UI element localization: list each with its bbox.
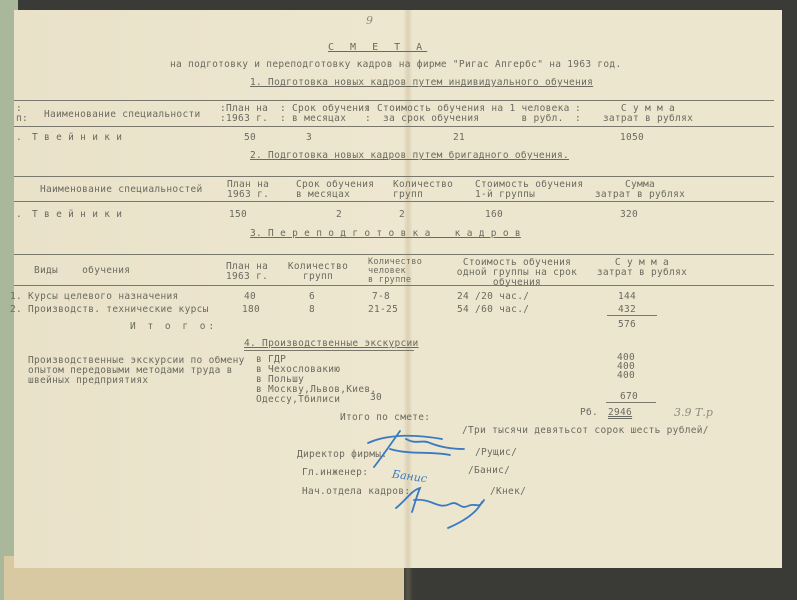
section2-header-term: Срок обучения в месяцах: [296, 180, 374, 200]
sum-poland: 400: [617, 371, 635, 381]
sheet-left-half: [14, 10, 414, 568]
section3-header-plan: План на 1963 г.: [226, 262, 268, 282]
row-sum: 1050: [620, 133, 644, 143]
row-cost: 21: [453, 133, 465, 143]
section3-heading: 3. П е р е п о д г о т о в к а к а д р о…: [250, 229, 521, 239]
section3-header-people: Количество человек в группе: [368, 258, 422, 285]
section3-header-sum: С у м м а затрат в рублях: [592, 258, 692, 278]
section2-header-sum: Сумма затрат в рублях: [590, 180, 690, 200]
total-currency: Рб.: [580, 408, 598, 418]
divider: [14, 254, 774, 255]
total-value: 2946: [608, 408, 632, 418]
signature-name-hr: /Кнек/: [490, 487, 526, 497]
row-plan: 50: [244, 133, 256, 143]
row-groups: 8: [309, 305, 315, 315]
row-name: 2. Производств. технические курсы: [10, 305, 209, 315]
page-number-mark: 9: [366, 14, 373, 27]
section2-header-name: Наименование специальностей: [40, 185, 203, 195]
destination-people-count: 30: [370, 393, 382, 403]
row-term: 3: [306, 133, 312, 143]
signature-role-engineer: Гл.инженер:: [302, 468, 368, 478]
row-plan: 180: [242, 305, 260, 315]
document-title: С М Е Т А: [328, 43, 427, 53]
row-cost: 160: [485, 210, 503, 220]
section2-header-groups: Количество групп: [393, 180, 453, 200]
section2-header-cost: Стоимость обучения 1-й группы: [475, 180, 583, 200]
section1-header-sum: С у м м а затрат в рублях: [598, 104, 698, 124]
row-people: 7-8: [372, 292, 390, 302]
row-sum: 320: [620, 210, 638, 220]
row-name: Т в е й н и к и: [32, 133, 122, 143]
divider: [244, 350, 414, 351]
row-people: 21-25: [368, 305, 398, 315]
hr-signature: [392, 480, 492, 530]
section3-total-value: 576: [618, 320, 636, 330]
section4-heading: 4. Производственные экскурсии: [244, 339, 419, 349]
row-groups: 2: [399, 210, 405, 220]
signature-name-director: /Рущис/: [475, 448, 517, 458]
section1-header-term: : Срок обучения : в месяцах: [280, 104, 370, 124]
divider: [14, 285, 774, 286]
row-plan: 150: [229, 210, 247, 220]
sum-underline: [606, 402, 656, 403]
signature-name-engineer: /Банис/: [468, 466, 510, 476]
sum-ussr-cities: 670: [620, 392, 638, 402]
section4-description: Производственные экскурсии по обмену опы…: [28, 356, 245, 386]
row-name: Т в е й н и к и: [32, 210, 122, 220]
divider: [14, 100, 774, 101]
section3-header-kind: Виды обучения: [34, 266, 130, 276]
section3-total-label: И т о г о:: [130, 322, 217, 332]
divider: [14, 201, 774, 202]
section2-heading: 2. Подготовка новых кадров путем бригадн…: [250, 151, 569, 161]
total-in-words: /Три тысячи девятьсот сорок шесть рублей…: [462, 426, 709, 436]
row-cost: 54 /60 час./: [457, 305, 529, 315]
section2-header-plan: План на 1963 г.: [227, 180, 269, 200]
row-groups: 6: [309, 292, 315, 302]
section1-header-sep: : :: [575, 104, 581, 124]
section3-header-groups: Количество групп: [282, 262, 354, 282]
section3-header-cost: Стоимость обучения одной группы на срок …: [452, 258, 582, 288]
section1-header-cost: : Стоимость обучения на 1 человека : за …: [365, 104, 570, 124]
divider: [14, 176, 774, 177]
row-sum: 432: [618, 305, 636, 315]
director-signature: [360, 425, 470, 470]
sum-underline: [607, 315, 657, 316]
row-num: .: [16, 210, 22, 220]
section1-header-num: : п:: [16, 104, 28, 124]
section1-header-name: Наименование специальности: [44, 110, 201, 120]
handwritten-note: 3.9 Т.р: [674, 406, 713, 419]
destination-ussr-cities: в Москву,Львов,Киев, Одессу,Тбилиси: [256, 385, 376, 405]
total-label: Итого по смете:: [340, 413, 430, 423]
divider: [14, 126, 774, 127]
row-name: 1. Курсы целевого назначения: [10, 292, 179, 302]
row-sum: 144: [618, 292, 636, 302]
section1-heading: 1. Подготовка новых кадров путем индивид…: [250, 78, 593, 88]
row-term: 2: [336, 210, 342, 220]
section1-header-plan: :План на :1963 г.: [220, 104, 268, 124]
document-subtitle: на подготовку и переподготовку кадров на…: [170, 60, 621, 70]
row-num: .: [16, 133, 22, 143]
row-cost: 24 /20 час./: [457, 292, 529, 302]
row-plan: 40: [244, 292, 256, 302]
